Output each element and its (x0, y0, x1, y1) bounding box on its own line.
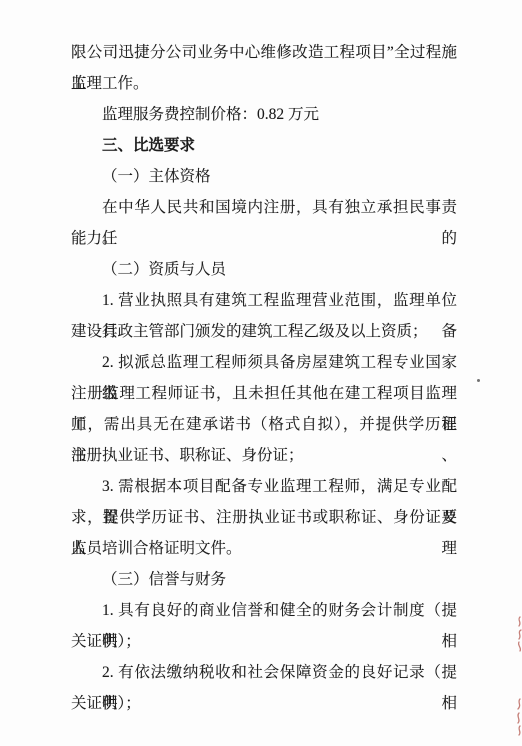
text-line-21: 2. 有依法缴纳税收和社会保障资金的良好记录（提供相 (71, 657, 457, 688)
text-line-3: 监理服务费控制价格：0.82 万元 (71, 99, 457, 130)
text-line-6: 在中华人民共和国境内注册，具有独立承担民事责任的 (71, 192, 457, 223)
subsection-heading-3: （三）信誉与财务 (71, 564, 457, 595)
text-line-19: 1. 具有良好的商业信誉和健全的财务会计制度（提供相 (71, 595, 457, 626)
text-line-15: 3. 需根据本项目配备专业监理工程师，满足专业配置要 (71, 471, 457, 502)
text-line-16: 求，提供学历证书、注册执业证书或职称证、身份证及监理 (71, 502, 457, 533)
text-line-9: 1. 营业执照具有建筑工程监理营业范围，监理单位具备 (71, 285, 457, 316)
red-seal-fragment-top (513, 615, 522, 653)
text-line-12: 注册监理工程师证书，且未担任其他在建工程项目监理工程 (71, 378, 457, 409)
text-line-2: 监理工作。 (71, 68, 457, 99)
text-line-10: 建设行政主管部门颁发的建筑工程乙级及以上资质； (71, 316, 457, 347)
text-line-11: 2. 拟派总监理工程师须具备房屋建筑工程专业国家级 (71, 347, 457, 378)
subsection-heading-1: （一）主体资格 (71, 161, 457, 192)
text-line-13: 师，需出具无在建承诺书（格式自拟），并提供学历证书、 (71, 409, 457, 440)
subsection-heading-2: （二）资质与人员 (71, 254, 457, 285)
section-heading: 三、比选要求 (71, 130, 457, 161)
document-text-block: 限公司迅捷分公司业务中心维修改造工程项目”全过程施工 监理工作。 监理服务费控制… (71, 37, 457, 719)
scan-artifact-dot (477, 379, 480, 382)
red-seal-fragment-bottom (512, 697, 522, 737)
text-line-1: 限公司迅捷分公司业务中心维修改造工程项目”全过程施工 (71, 37, 457, 68)
document-page: 限公司迅捷分公司业务中心维修改造工程项目”全过程施工 监理工作。 监理服务费控制… (0, 0, 522, 746)
